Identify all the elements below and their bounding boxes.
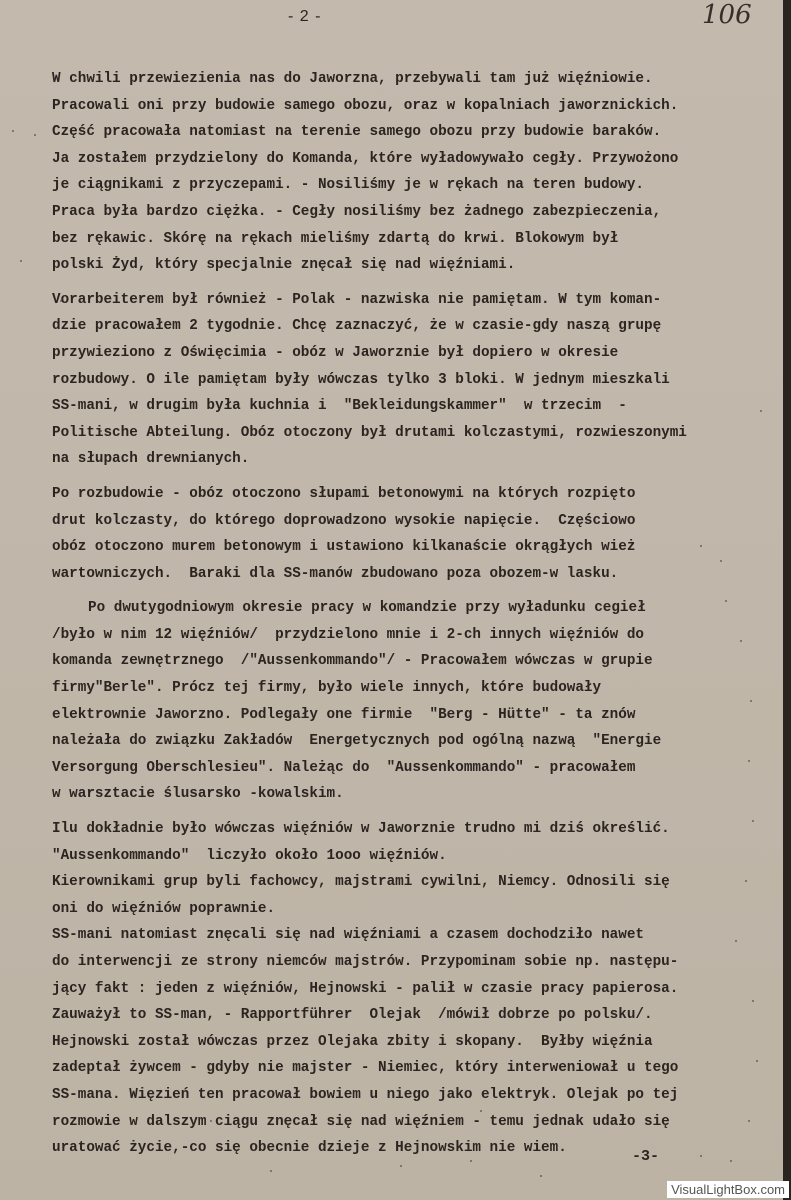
speck	[748, 1120, 750, 1122]
paragraph: Po rozbudowie - obóz otoczono słupami be…	[52, 481, 772, 587]
text-line: Praca była bardzo ciężka. - Cegły nosili…	[52, 199, 772, 226]
page-edge-border	[783, 0, 791, 1200]
text-line: Po rozbudowie - obóz otoczono słupami be…	[52, 481, 772, 508]
text-line: przywieziono z Oświęcimia - obóz w Jawor…	[52, 340, 772, 367]
speck	[748, 760, 750, 762]
speck	[740, 640, 742, 642]
speck	[540, 1175, 542, 1177]
text-line: uratować życie,-co się obecnie dzieje z …	[52, 1135, 772, 1162]
text-line: Po dwutygodniowym okresie pracy w komand…	[52, 595, 772, 622]
text-line: dzie pracowałem 2 tygodnie. Chcę zaznacz…	[52, 313, 772, 340]
speck	[210, 1120, 212, 1122]
text-line: oni do więźniów poprawnie.	[52, 896, 772, 923]
speck	[760, 410, 762, 412]
text-line: Ilu dokładnie było wówczas więźniów w Ja…	[52, 816, 772, 843]
text-line: Ja zostałem przydzielony do Komanda, któ…	[52, 146, 772, 173]
paragraph-gap	[52, 808, 772, 816]
text-line: polski Żyd, który specjalnie znęcał się …	[52, 252, 772, 279]
text-line: bez rękawic. Skórę na rękach mieliśmy zd…	[52, 226, 772, 253]
text-line: w warsztacie ślusarsko -kowalskim.	[52, 781, 772, 808]
text-line: Kierownikami grup byli fachowcy, majstra…	[52, 869, 772, 896]
text-line: Zauważył to SS-man, - Rapportführer Olej…	[52, 1002, 772, 1029]
text-line: firmy"Berle". Prócz tej firmy, było wiel…	[52, 675, 772, 702]
speck	[720, 560, 722, 562]
speck	[735, 940, 737, 942]
paragraph-gap	[52, 587, 772, 595]
speck	[752, 1000, 754, 1002]
text-line: jący fakt : jeden z więźniów, Hejnowski …	[52, 976, 772, 1003]
text-line: zadeptał żywcem - gdyby nie majster - Ni…	[52, 1055, 772, 1082]
text-line: obóz otoczono murem betonowym i ustawion…	[52, 534, 772, 561]
speck	[100, 430, 102, 432]
speck	[730, 1160, 732, 1162]
text-line: elektrownie Jaworzno. Podlegały one firm…	[52, 702, 772, 729]
speck	[400, 1165, 402, 1167]
text-line: należała do związku Zakładów Energetyczn…	[52, 728, 772, 755]
watermark: VisualLightBox.com	[667, 1181, 789, 1198]
speck	[270, 1170, 272, 1172]
text-line: wartowniczych. Baraki dla SS-manów zbudo…	[52, 561, 772, 588]
speck	[700, 1155, 702, 1157]
paragraph: Vorarbeiterem był również - Polak - nazw…	[52, 287, 772, 473]
text-line: rozmowie w dalszym ciągu znęcał się nad …	[52, 1109, 772, 1136]
speck	[745, 880, 747, 882]
speck	[480, 1110, 482, 1112]
speck	[756, 1060, 758, 1062]
text-line: do interwencji ze strony niemców majstró…	[52, 949, 772, 976]
document-body: W chwili przewiezienia nas do Jaworzna, …	[52, 66, 772, 1162]
text-line: komanda zewnętrznego /"Aussenkommando"/ …	[52, 648, 772, 675]
speck	[725, 600, 727, 602]
text-line: drut kolczasty, do którego doprowadzono …	[52, 508, 772, 535]
text-line: Vorarbeiterem był również - Polak - nazw…	[52, 287, 772, 314]
speck	[20, 260, 22, 262]
text-line: Część pracowała natomiast na terenie sam…	[52, 119, 772, 146]
speck	[12, 130, 14, 132]
speck	[34, 134, 36, 136]
text-line: W chwili przewiezienia nas do Jaworzna, …	[52, 66, 772, 93]
document-page: - 2 - 106 W chwili przewiezienia nas do …	[0, 0, 783, 1200]
text-line: Versorgung Oberschlesieu". Należąc do "A…	[52, 755, 772, 782]
speck	[752, 820, 754, 822]
page-number-top: - 2 -	[288, 8, 321, 26]
paragraph: Po dwutygodniowym okresie pracy w komand…	[52, 595, 772, 808]
text-line: Hejnowski został wówczas przez Olejaka z…	[52, 1029, 772, 1056]
text-line: SS-mani, w drugim była kuchnia i "Beklei…	[52, 393, 772, 420]
text-line: Pracowali oni przy budowie samego obozu,…	[52, 93, 772, 120]
paragraph: W chwili przewiezienia nas do Jaworzna, …	[52, 66, 772, 279]
speck	[750, 700, 752, 702]
text-line: SS-mani natomiast znęcali się nad więźni…	[52, 922, 772, 949]
paragraph-gap	[52, 473, 772, 481]
text-line: /było w nim 12 więźniów/ przydzielono mn…	[52, 622, 772, 649]
speck	[700, 545, 702, 547]
text-line: rozbudowy. O ile pamiętam były wówczas t…	[52, 367, 772, 394]
speck	[470, 1160, 472, 1162]
paragraph: Ilu dokładnie było wówczas więźniów w Ja…	[52, 816, 772, 1162]
text-line: je ciągnikami z przyczepami. - Nosiliśmy…	[52, 172, 772, 199]
text-line: "Aussenkommando" liczyło około 1ooo więź…	[52, 843, 772, 870]
text-line: SS-mana. Więzień ten pracował bowiem u n…	[52, 1082, 772, 1109]
text-line: na słupach drewnianych.	[52, 446, 772, 473]
speck	[60, 300, 62, 302]
text-line: Politische Abteilung. Obóz otoczony był …	[52, 420, 772, 447]
paragraph-gap	[52, 279, 772, 287]
footer-page-number: -3-	[632, 1148, 659, 1165]
archive-number-handwritten: 106	[702, 0, 752, 30]
